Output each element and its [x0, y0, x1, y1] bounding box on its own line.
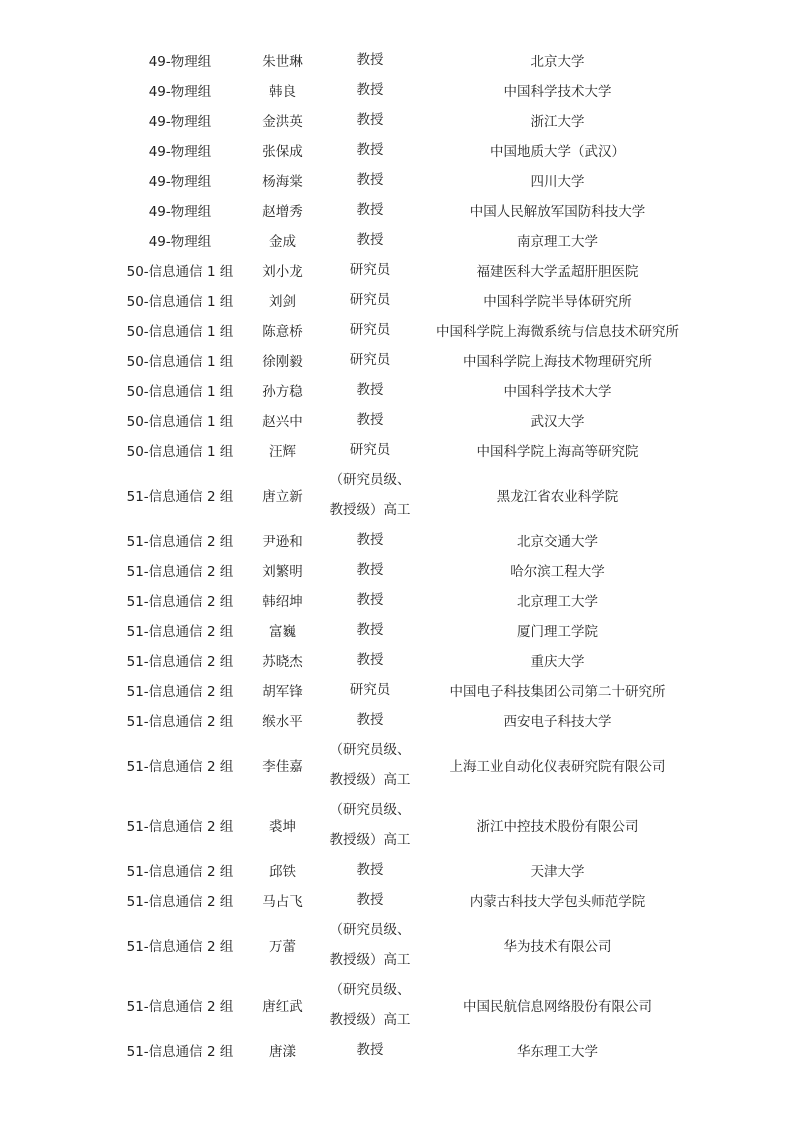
title-line-2: 教授级）高工	[315, 495, 425, 525]
name-cell: 富巍	[250, 620, 315, 640]
title-line-1: （研究员级、	[315, 975, 425, 1005]
organization-cell: 中国电子科技集团公司第二十研究所	[425, 680, 690, 700]
table-row: 50-信息通信 1 组孙方稳教授中国科学技术大学	[110, 375, 690, 405]
title-line-2: 教授级）高工	[315, 1005, 425, 1035]
title-cell: 研究员	[315, 435, 425, 465]
group-cell: 49-物理组	[110, 230, 250, 250]
organization-cell: 南京理工大学	[425, 230, 690, 250]
table-row: 51-信息通信 2 组马占飞教授内蒙古科技大学包头师范学院	[110, 885, 690, 915]
table-row: 51-信息通信 2 组刘繁明教授哈尔滨工程大学	[110, 555, 690, 585]
title-cell: 教授	[315, 165, 425, 195]
group-cell: 51-信息通信 2 组	[110, 680, 250, 700]
organization-cell: 四川大学	[425, 170, 690, 190]
title-cell: 教授	[315, 225, 425, 255]
title-cell: 教授	[315, 585, 425, 615]
name-cell: 刘剑	[250, 290, 315, 310]
organization-cell: 中国科学技术大学	[425, 380, 690, 400]
title-cell: （研究员级、教授级）高工	[315, 735, 425, 795]
organization-cell: 重庆大学	[425, 650, 690, 670]
group-cell: 51-信息通信 2 组	[110, 620, 250, 640]
table-row: 49-物理组张保成教授中国地质大学（武汉）	[110, 135, 690, 165]
table-row: 50-信息通信 1 组刘剑研究员中国科学院半导体研究所	[110, 285, 690, 315]
table-row: 51-信息通信 2 组邱铁教授天津大学	[110, 855, 690, 885]
title-cell: 研究员	[315, 255, 425, 285]
group-cell: 49-物理组	[110, 140, 250, 160]
title-cell: 教授	[315, 135, 425, 165]
table-row: 50-信息通信 1 组陈意桥研究员中国科学院上海微系统与信息技术研究所	[110, 315, 690, 345]
organization-cell: 华为技术有限公司	[425, 935, 690, 955]
title-line-1: （研究员级、	[315, 735, 425, 765]
group-cell: 50-信息通信 1 组	[110, 320, 250, 340]
name-cell: 唐立新	[250, 485, 315, 505]
name-cell: 裘坤	[250, 815, 315, 835]
name-cell: 徐刚毅	[250, 350, 315, 370]
table-row: 51-信息通信 2 组万蕾（研究员级、教授级）高工华为技术有限公司	[110, 915, 690, 975]
title-cell: 教授	[315, 555, 425, 585]
title-cell: 教授	[315, 645, 425, 675]
group-cell: 49-物理组	[110, 170, 250, 190]
name-cell: 刘小龙	[250, 260, 315, 280]
name-cell: 金洪英	[250, 110, 315, 130]
organization-cell: 北京理工大学	[425, 590, 690, 610]
organization-cell: 中国科学技术大学	[425, 80, 690, 100]
organization-cell: 中国科学院上海技术物理研究所	[425, 350, 690, 370]
organization-cell: 中国科学院半导体研究所	[425, 290, 690, 310]
table-row: 49-物理组朱世琳教授北京大学	[110, 45, 690, 75]
name-cell: 杨海棠	[250, 170, 315, 190]
name-cell: 韩绍坤	[250, 590, 315, 610]
name-cell: 金成	[250, 230, 315, 250]
group-cell: 51-信息通信 2 组	[110, 995, 250, 1015]
table-row: 51-信息通信 2 组李佳嘉（研究员级、教授级）高工上海工业自动化仪表研究院有限…	[110, 735, 690, 795]
name-cell: 苏晓杰	[250, 650, 315, 670]
group-cell: 51-信息通信 2 组	[110, 815, 250, 835]
table-row: 49-物理组韩良教授中国科学技术大学	[110, 75, 690, 105]
group-cell: 51-信息通信 2 组	[110, 755, 250, 775]
group-cell: 51-信息通信 2 组	[110, 650, 250, 670]
group-cell: 50-信息通信 1 组	[110, 350, 250, 370]
title-line-2: 教授级）高工	[315, 945, 425, 975]
organization-cell: 中国民航信息网络股份有限公司	[425, 995, 690, 1015]
name-cell: 唐漾	[250, 1040, 315, 1060]
table-row: 51-信息通信 2 组缑水平教授西安电子科技大学	[110, 705, 690, 735]
table-row: 51-信息通信 2 组苏晓杰教授重庆大学	[110, 645, 690, 675]
group-cell: 49-物理组	[110, 200, 250, 220]
title-cell: 教授	[315, 375, 425, 405]
table-row: 49-物理组杨海棠教授四川大学	[110, 165, 690, 195]
organization-cell: 浙江大学	[425, 110, 690, 130]
title-cell: 研究员	[315, 285, 425, 315]
group-cell: 51-信息通信 2 组	[110, 860, 250, 880]
organization-cell: 华东理工大学	[425, 1040, 690, 1060]
group-cell: 50-信息通信 1 组	[110, 440, 250, 460]
title-cell: （研究员级、教授级）高工	[315, 795, 425, 855]
name-cell: 韩良	[250, 80, 315, 100]
title-cell: 研究员	[315, 315, 425, 345]
group-cell: 49-物理组	[110, 110, 250, 130]
group-cell: 50-信息通信 1 组	[110, 290, 250, 310]
title-cell: （研究员级、教授级）高工	[315, 915, 425, 975]
title-line-1: （研究员级、	[315, 795, 425, 825]
group-cell: 51-信息通信 2 组	[110, 935, 250, 955]
group-cell: 51-信息通信 2 组	[110, 485, 250, 505]
name-cell: 赵兴中	[250, 410, 315, 430]
organization-cell: 中国地质大学（武汉）	[425, 140, 690, 160]
name-cell: 李佳嘉	[250, 755, 315, 775]
title-line-2: 教授级）高工	[315, 825, 425, 855]
organization-cell: 黑龙江省农业科学院	[425, 485, 690, 505]
table-row: 49-物理组赵增秀教授中国人民解放军国防科技大学	[110, 195, 690, 225]
table-row: 51-信息通信 2 组尹逊和教授北京交通大学	[110, 525, 690, 555]
name-cell: 刘繁明	[250, 560, 315, 580]
title-cell: 教授	[315, 705, 425, 735]
group-cell: 49-物理组	[110, 80, 250, 100]
table-row: 51-信息通信 2 组唐立新（研究员级、教授级）高工黑龙江省农业科学院	[110, 465, 690, 525]
organization-cell: 哈尔滨工程大学	[425, 560, 690, 580]
organization-cell: 中国科学院上海高等研究院	[425, 440, 690, 460]
name-cell: 孙方稳	[250, 380, 315, 400]
name-cell: 朱世琳	[250, 50, 315, 70]
title-cell: 教授	[315, 405, 425, 435]
organization-cell: 上海工业自动化仪表研究院有限公司	[425, 755, 690, 775]
organization-cell: 天津大学	[425, 860, 690, 880]
group-cell: 51-信息通信 2 组	[110, 1040, 250, 1060]
group-cell: 49-物理组	[110, 50, 250, 70]
title-cell: （研究员级、教授级）高工	[315, 975, 425, 1035]
name-cell: 马占飞	[250, 890, 315, 910]
group-cell: 51-信息通信 2 组	[110, 560, 250, 580]
table-row: 51-信息通信 2 组唐红武（研究员级、教授级）高工中国民航信息网络股份有限公司	[110, 975, 690, 1035]
organization-cell: 内蒙古科技大学包头师范学院	[425, 890, 690, 910]
name-cell: 尹逊和	[250, 530, 315, 550]
group-cell: 51-信息通信 2 组	[110, 890, 250, 910]
organization-cell: 浙江中控技术股份有限公司	[425, 815, 690, 835]
name-cell: 邱铁	[250, 860, 315, 880]
group-cell: 51-信息通信 2 组	[110, 710, 250, 730]
organization-cell: 中国人民解放军国防科技大学	[425, 200, 690, 220]
table-row: 51-信息通信 2 组唐漾教授华东理工大学	[110, 1035, 690, 1065]
group-cell: 50-信息通信 1 组	[110, 260, 250, 280]
table-row: 50-信息通信 1 组汪辉研究员中国科学院上海高等研究院	[110, 435, 690, 465]
title-cell: 教授	[315, 1035, 425, 1065]
organization-cell: 北京交通大学	[425, 530, 690, 550]
title-cell: 教授	[315, 885, 425, 915]
title-line-1: （研究员级、	[315, 915, 425, 945]
table-row: 51-信息通信 2 组富巍教授厦门理工学院	[110, 615, 690, 645]
table-row: 50-信息通信 1 组刘小龙研究员福建医科大学孟超肝胆医院	[110, 255, 690, 285]
organization-cell: 厦门理工学院	[425, 620, 690, 640]
title-line-1: （研究员级、	[315, 465, 425, 495]
name-cell: 胡军锋	[250, 680, 315, 700]
table-row: 50-信息通信 1 组赵兴中教授武汉大学	[110, 405, 690, 435]
title-cell: 教授	[315, 105, 425, 135]
organization-cell: 武汉大学	[425, 410, 690, 430]
table-row: 49-物理组金洪英教授浙江大学	[110, 105, 690, 135]
organization-cell: 中国科学院上海微系统与信息技术研究所	[425, 320, 690, 340]
name-cell: 张保成	[250, 140, 315, 160]
title-cell: 研究员	[315, 345, 425, 375]
title-cell: （研究员级、教授级）高工	[315, 465, 425, 525]
title-cell: 教授	[315, 615, 425, 645]
title-cell: 教授	[315, 855, 425, 885]
group-cell: 50-信息通信 1 组	[110, 410, 250, 430]
expert-table: 49-物理组朱世琳教授北京大学49-物理组韩良教授中国科学技术大学49-物理组金…	[110, 45, 690, 1065]
title-cell: 教授	[315, 195, 425, 225]
title-cell: 教授	[315, 75, 425, 105]
table-row: 49-物理组金成教授南京理工大学	[110, 225, 690, 255]
name-cell: 缑水平	[250, 710, 315, 730]
name-cell: 万蕾	[250, 935, 315, 955]
title-line-2: 教授级）高工	[315, 765, 425, 795]
title-cell: 教授	[315, 525, 425, 555]
name-cell: 唐红武	[250, 995, 315, 1015]
name-cell: 赵增秀	[250, 200, 315, 220]
organization-cell: 西安电子科技大学	[425, 710, 690, 730]
table-row: 51-信息通信 2 组胡军锋研究员中国电子科技集团公司第二十研究所	[110, 675, 690, 705]
group-cell: 51-信息通信 2 组	[110, 530, 250, 550]
group-cell: 50-信息通信 1 组	[110, 380, 250, 400]
organization-cell: 北京大学	[425, 50, 690, 70]
title-cell: 研究员	[315, 675, 425, 705]
organization-cell: 福建医科大学孟超肝胆医院	[425, 260, 690, 280]
title-cell: 教授	[315, 45, 425, 75]
table-row: 50-信息通信 1 组徐刚毅研究员中国科学院上海技术物理研究所	[110, 345, 690, 375]
name-cell: 汪辉	[250, 440, 315, 460]
table-row: 51-信息通信 2 组韩绍坤教授北京理工大学	[110, 585, 690, 615]
name-cell: 陈意桥	[250, 320, 315, 340]
group-cell: 51-信息通信 2 组	[110, 590, 250, 610]
table-row: 51-信息通信 2 组裘坤（研究员级、教授级）高工浙江中控技术股份有限公司	[110, 795, 690, 855]
